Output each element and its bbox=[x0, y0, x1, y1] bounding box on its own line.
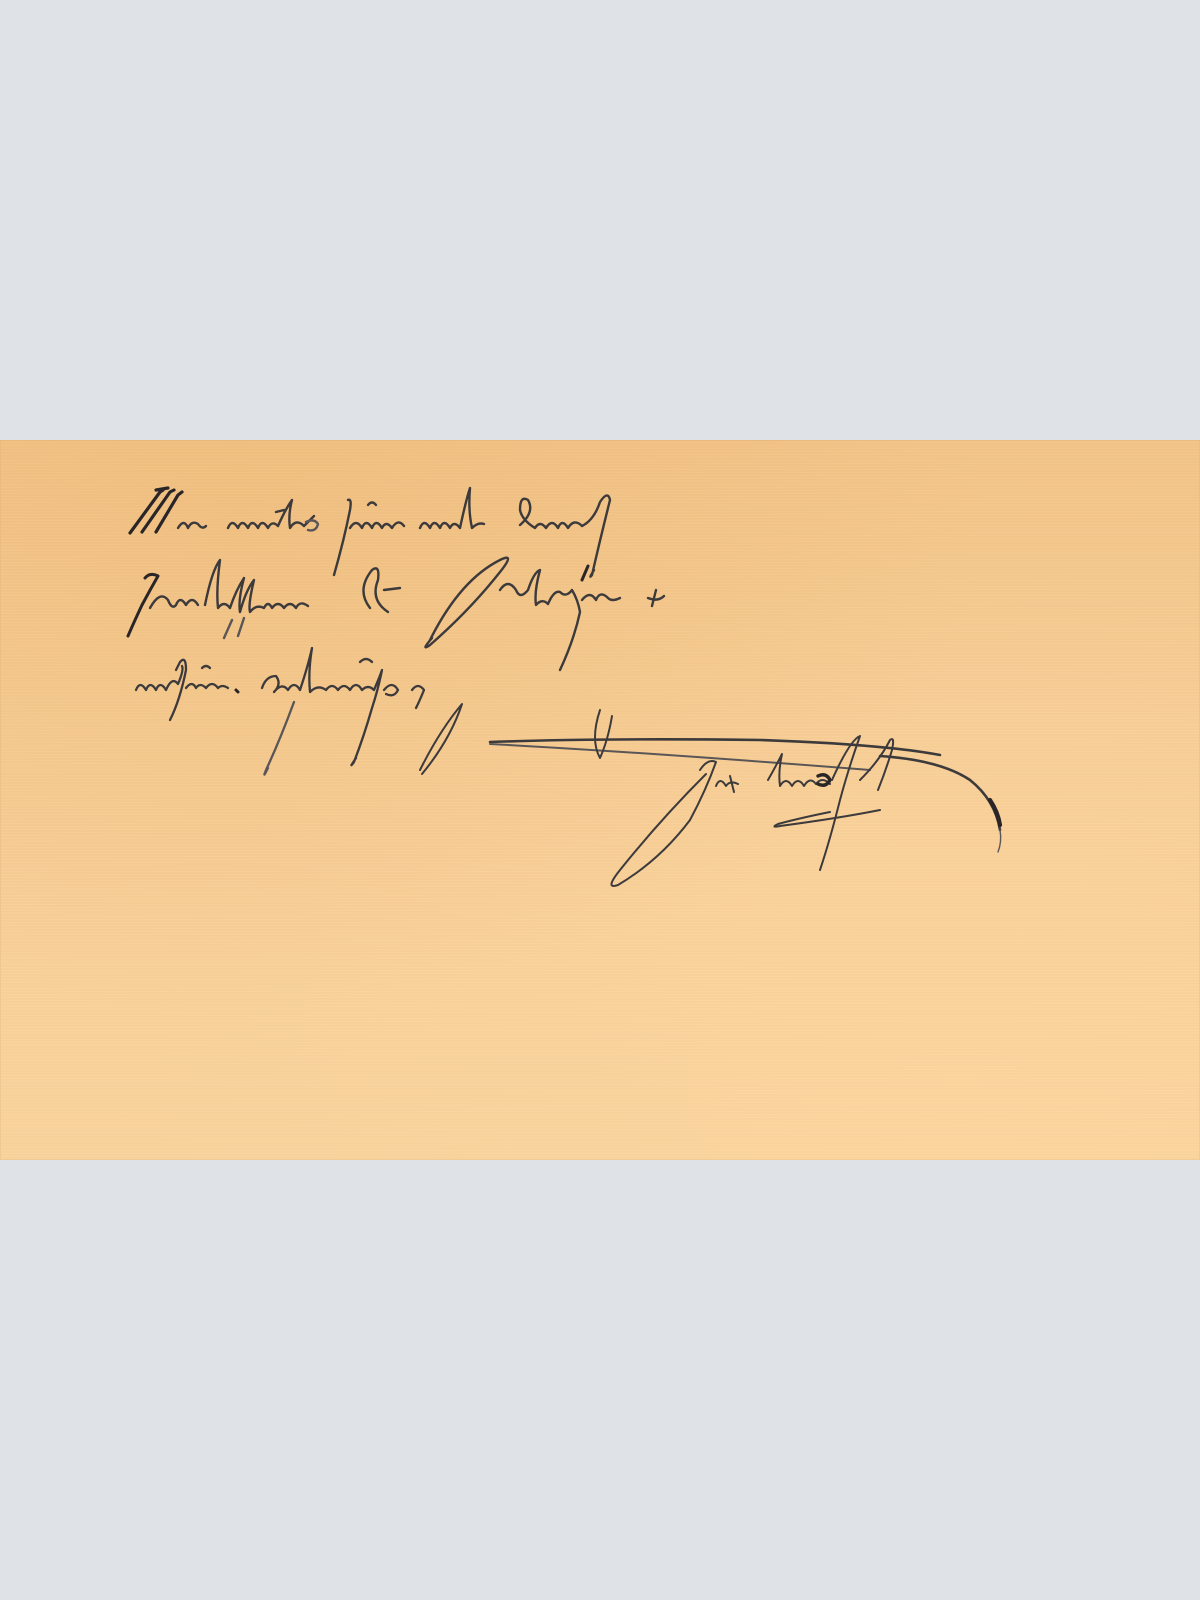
signature-flourish bbox=[420, 704, 1001, 886]
page: Wir wünschen Ihnen mit herzlichem Glückw… bbox=[0, 0, 1200, 1600]
handwriting-line-1 bbox=[130, 488, 610, 580]
handwriting-line-3 bbox=[136, 648, 424, 775]
handwriting-ink bbox=[0, 440, 1200, 1160]
handwritten-card: Wir wünschen Ihnen mit herzlichem Glückw… bbox=[0, 440, 1200, 1160]
